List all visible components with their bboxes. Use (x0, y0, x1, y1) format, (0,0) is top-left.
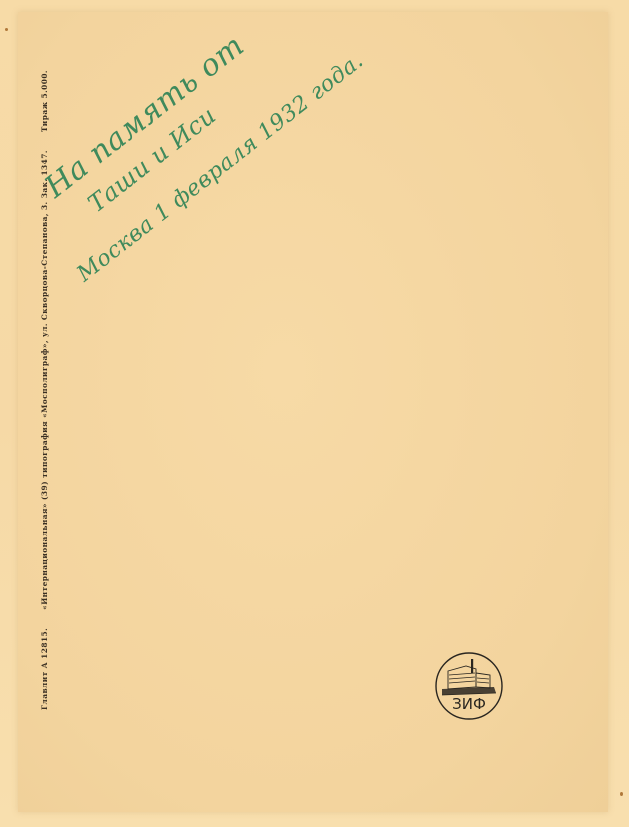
printer-imprint: Главлит А 12815. «Интернациональная» (39… (40, 140, 49, 710)
paper-spot (620, 792, 623, 796)
glavlit-number: Главлит А 12815. (40, 628, 49, 710)
print-run: Тираж 5.000. (40, 70, 49, 132)
inner-sheet (18, 12, 608, 812)
logo-text: ЗИФ (434, 695, 504, 713)
paper-spot (5, 28, 8, 31)
page: Главлит А 12815. «Интернациональная» (39… (0, 0, 629, 827)
publisher-logo: ЗИФ (434, 651, 504, 721)
press-info: «Интернациональная» (39) типография «Мос… (40, 150, 49, 610)
